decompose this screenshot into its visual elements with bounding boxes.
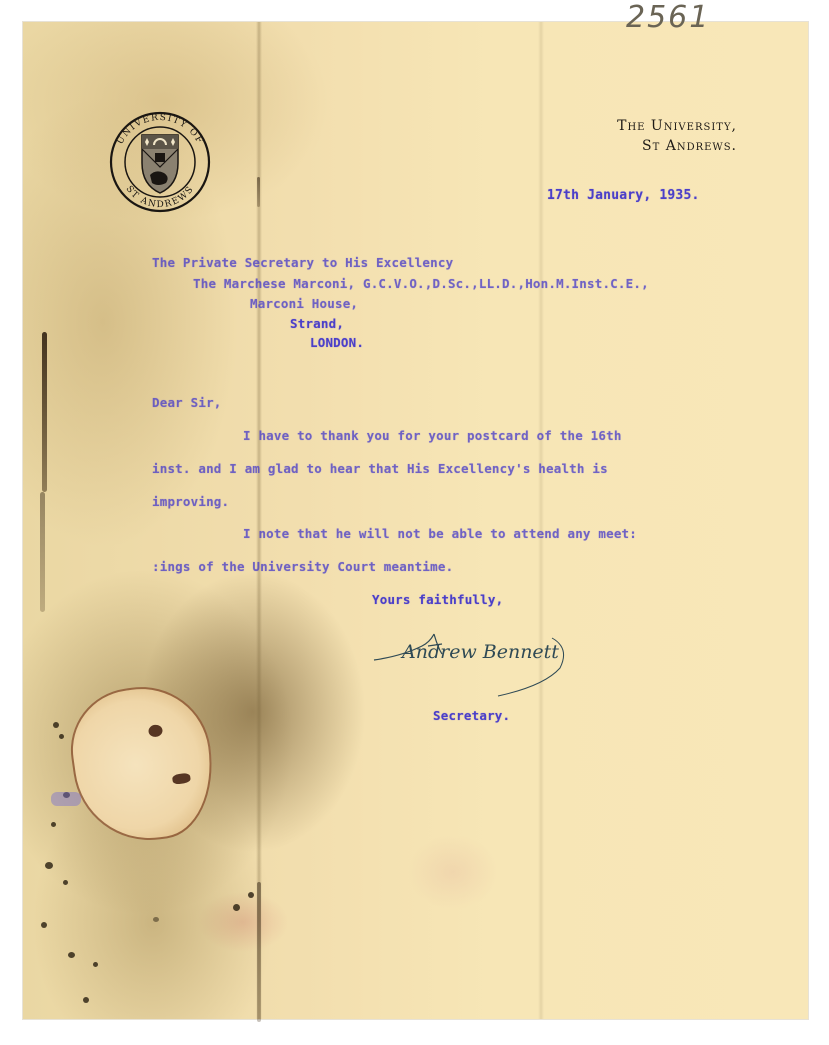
closing: Yours faithfully, xyxy=(372,592,503,607)
ink-smudge xyxy=(51,792,81,806)
body-paragraph-1-line-3: improving. xyxy=(152,494,229,509)
body-paragraph-1-line-1: I have to thank you for your postcard of… xyxy=(243,428,622,443)
signer-title: Secretary. xyxy=(433,708,510,723)
body-paragraph-2-line-2: :ings of the University Court meantime. xyxy=(152,559,453,574)
left-stain-line xyxy=(40,492,45,612)
archive-number: 2561 xyxy=(626,0,710,35)
letterhead: The University, St Andrews. xyxy=(617,118,737,154)
recipient-line-2: The Marchese Marconi, G.C.V.O.,D.Sc.,LL.… xyxy=(193,276,649,291)
letterhead-line-1: The University, xyxy=(617,118,737,134)
body-paragraph-1-line-2: inst. and I am glad to hear that His Exc… xyxy=(152,461,608,476)
body-paragraph-2-line-1: I note that he will not be able to atten… xyxy=(243,526,637,541)
university-seal-icon: UNIVERSITY OF ST ANDREWS xyxy=(104,111,216,213)
recipient-line-5: LONDON. xyxy=(310,335,364,350)
recipient-line-3: Marconi House, xyxy=(250,296,358,311)
letterhead-line-2: St Andrews. xyxy=(617,138,737,154)
vertical-crease xyxy=(538,22,544,1019)
water-damage-blot xyxy=(63,678,222,850)
recipient-line-1: The Private Secretary to His Excellency xyxy=(152,255,453,270)
vertical-crease xyxy=(256,22,262,1019)
letter-date: 17th January, 1935. xyxy=(547,188,700,203)
salutation: Dear Sir, xyxy=(152,395,222,410)
crease-stain xyxy=(257,177,260,207)
svg-text:Andrew Bennett: Andrew Bennett xyxy=(400,641,559,663)
signature-andrew-bennett: Andrew Bennett xyxy=(372,620,582,700)
recipient-line-4: Strand, xyxy=(290,316,344,331)
crease-stain xyxy=(257,882,261,1022)
left-stain-line xyxy=(42,332,47,492)
